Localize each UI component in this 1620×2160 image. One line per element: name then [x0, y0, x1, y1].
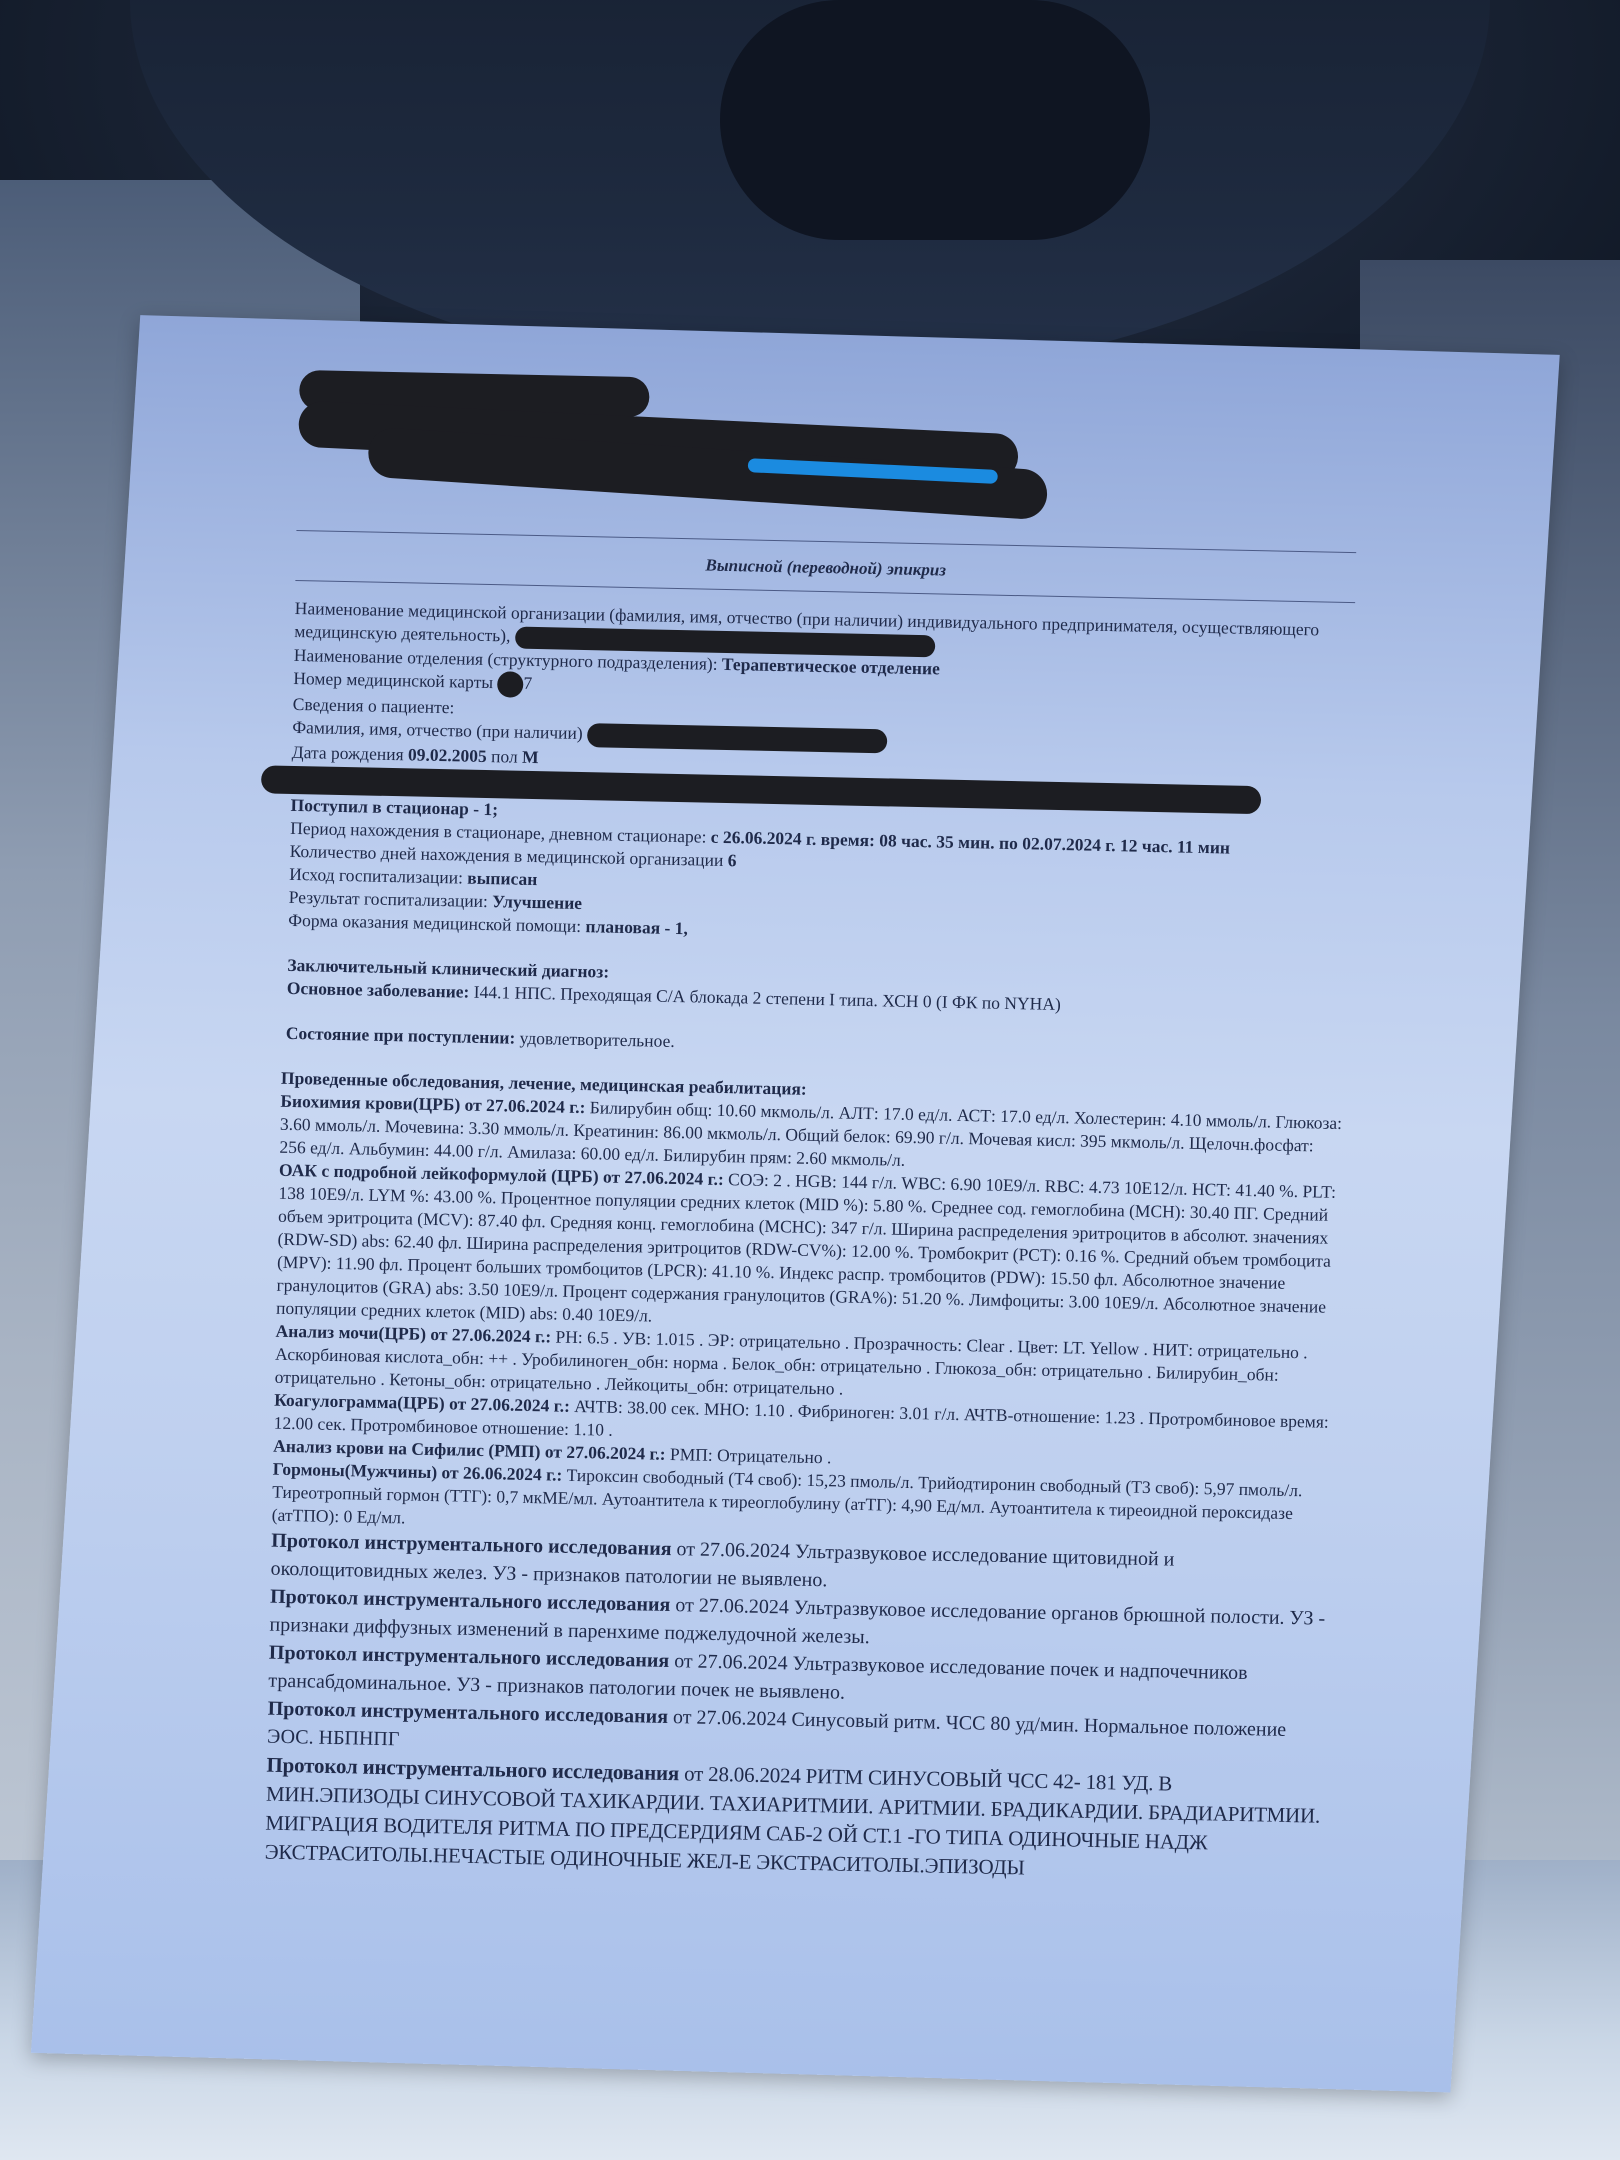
- document-header: [296, 360, 1359, 552]
- protocol-holter: Протокол инструментального исследования …: [264, 1751, 1330, 1889]
- cbc-section: ОАК с подробной лейкоформулой (ЦРБ) от 2…: [276, 1159, 1343, 1342]
- discharge-document: Выписной (переводной) эпикриз Наименован…: [268, 360, 1359, 1889]
- redaction-mark: [497, 671, 524, 698]
- steering-hub: [720, 0, 1150, 240]
